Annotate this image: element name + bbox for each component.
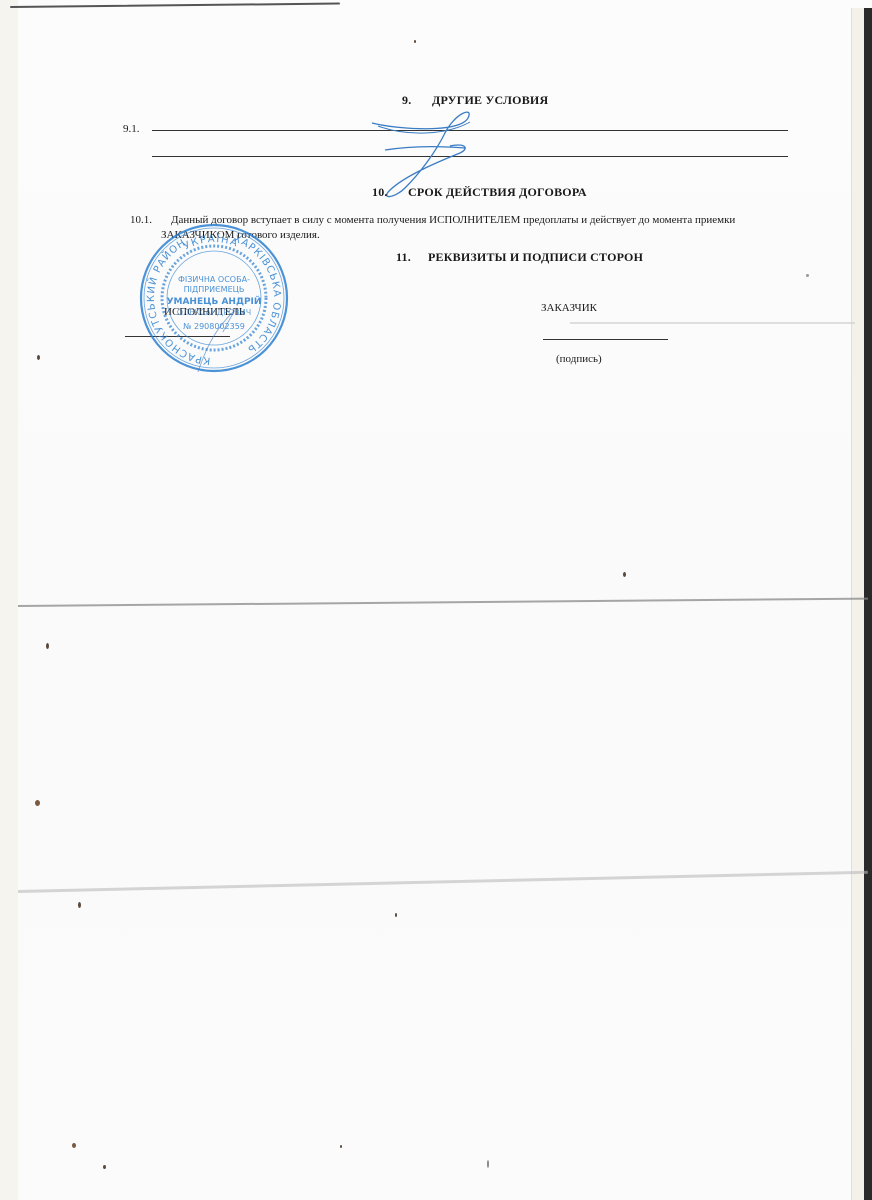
- scan-speck: [37, 355, 40, 360]
- official-stamp: УКРАЇНА КРАСНОКУТСЬКИЙ РАЙОН ХАРКІВСЬКА …: [138, 222, 290, 374]
- section-title: ДРУГИЕ УСЛОВИЯ: [432, 93, 548, 107]
- paper-crease: [570, 322, 855, 324]
- scan-speck: [806, 274, 809, 277]
- scan-speck: [623, 572, 626, 577]
- svg-text:УКРАЇНА: УКРАЇНА: [182, 232, 240, 252]
- svg-text:ПІДПРИЄМЕЦЬ: ПІДПРИЄМЕЦЬ: [184, 285, 245, 294]
- scan-speck: [46, 643, 49, 649]
- scan-speck: [340, 1145, 342, 1148]
- customer-signature-line: [543, 339, 668, 340]
- paper-left-edge: [0, 0, 18, 1200]
- section-number: 11.: [396, 250, 428, 265]
- section-title: РЕКВИЗИТЫ И ПОДПИСИ СТОРОН: [428, 250, 643, 264]
- scan-speck: [35, 800, 40, 806]
- section-title: СРОК ДЕЙСТВИЯ ДОГОВОРА: [408, 185, 587, 199]
- customer-label: ЗАКАЗЧИК: [541, 302, 597, 314]
- scan-speck: [395, 913, 397, 917]
- svg-text:ОЛЕКСАНДРОВИЧ: ОЛЕКСАНДРОВИЧ: [177, 308, 251, 317]
- customer-signature-caption: (подпись): [556, 353, 602, 365]
- paper-fold-line: [18, 871, 868, 893]
- scan-speck: [78, 902, 81, 908]
- scan-speck: [487, 1160, 489, 1168]
- section-number: 9.: [402, 93, 432, 108]
- scan-speck: [414, 40, 416, 43]
- paper-right-margin: [851, 8, 864, 1200]
- section-11-heading: 11.РЕКВИЗИТЫ И ПОДПИСИ СТОРОН: [396, 250, 643, 265]
- svg-text:УМАНЕЦЬ АНДРІЙ: УМАНЕЦЬ АНДРІЙ: [167, 295, 262, 307]
- scan-speck: [72, 1143, 76, 1148]
- document-page: 9.ДРУГИЕ УСЛОВИЯ 9.1. 10.СРОК ДЕЙСТВИЯ Д…: [0, 0, 872, 1200]
- section-10-heading: 10.СРОК ДЕЙСТВИЯ ДОГОВОРА: [372, 185, 587, 200]
- paper-top-edge: [10, 3, 340, 8]
- section-number: 10.: [372, 185, 408, 200]
- paper-fold-line: [18, 598, 868, 607]
- svg-text:№ 2908002359: № 2908002359: [183, 322, 245, 331]
- svg-text:ФІЗИЧНА ОСОБА-: ФІЗИЧНА ОСОБА-: [178, 275, 250, 284]
- section-9-heading: 9.ДРУГИЕ УСЛОВИЯ: [402, 93, 548, 108]
- scan-right-border: [864, 8, 872, 1200]
- clause-9-1-number: 9.1.: [123, 123, 140, 135]
- scan-speck: [103, 1165, 106, 1169]
